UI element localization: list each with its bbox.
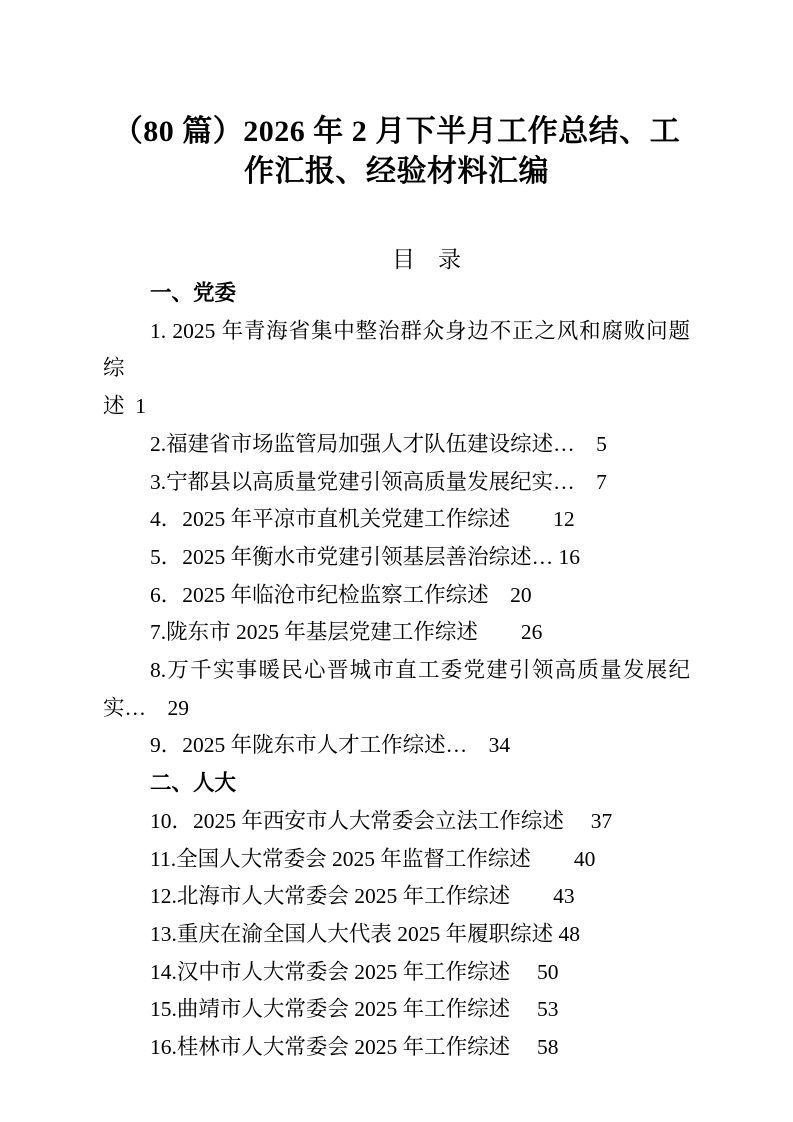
toc-item-line: 16.桂林市人大常委会 2025 年工作综述 58: [103, 1029, 690, 1067]
toc-item-line: 5．2025 年衡水市党建引领基层善治综述… 16: [103, 539, 690, 577]
toc-section-heading-1: 一、党委: [103, 275, 690, 313]
toc-item-line: 10．2025 年西安市人大常委会立法工作综述 37: [103, 803, 690, 841]
toc-item-line: 7.陇东市 2025 年基层党建工作综述 26: [103, 614, 690, 652]
toc-item-line: 实… 29: [103, 690, 690, 728]
document-title: （80 篇）2026 年 2 月下半月工作总结、工 作汇报、经验材料汇编: [103, 112, 690, 192]
toc-item-line: 9．2025 年陇东市人才工作综述… 34: [103, 727, 690, 765]
toc-title: 目 录: [103, 245, 690, 275]
toc-item-line: 11.全国人大常委会 2025 年监督工作综述 40: [103, 841, 690, 879]
toc-item-line: 4．2025 年平凉市直机关党建工作综述 12: [103, 501, 690, 539]
toc-list: 一、党委1. 2025 年青海省集中整治群众身边不正之风和腐败问题综述 12.福…: [103, 275, 690, 1067]
toc-item-line: 12.北海市人大常委会 2025 年工作综述 43: [103, 878, 690, 916]
toc-item-line: 13.重庆在渝全国人大代表 2025 年履职综述 48: [103, 916, 690, 954]
toc-item-line: 6．2025 年临沧市纪检监察工作综述 20: [103, 577, 690, 615]
toc-item-line: 8.万千实事暖民心晋城市直工委党建引领高质量发展纪: [103, 652, 690, 690]
document-title-line-2: 作汇报、经验材料汇编: [103, 152, 690, 192]
toc-item-line: 2.福建省市场监管局加强人才队伍建设综述… 5: [103, 426, 690, 464]
toc-section-heading-2: 二、人大: [103, 765, 690, 803]
document-page: （80 篇）2026 年 2 月下半月工作总结、工 作汇报、经验材料汇编 目 录…: [0, 0, 793, 1122]
toc-item-line: 15.曲靖市人大常委会 2025 年工作综述 53: [103, 991, 690, 1029]
toc-item-line: 14.汉中市人大常委会 2025 年工作综述 50: [103, 954, 690, 992]
toc-item-line: 1. 2025 年青海省集中整治群众身边不正之风和腐败问题综: [103, 313, 690, 388]
toc-item-line: 述 1: [103, 388, 690, 426]
document-title-line-1: （80 篇）2026 年 2 月下半月工作总结、工: [103, 112, 690, 152]
toc-item-line: 3.宁都县以高质量党建引领高质量发展纪实… 7: [103, 464, 690, 502]
